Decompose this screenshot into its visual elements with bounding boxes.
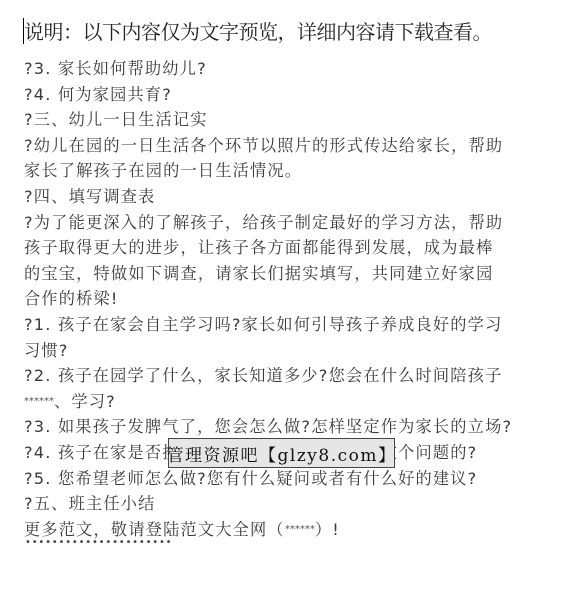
- question-4-home-school: ?4. 何为家园共育?: [24, 82, 564, 108]
- survey-question-2-cont: ******、学习?: [24, 389, 564, 415]
- more-samples-tail: ）!: [315, 520, 340, 539]
- survey-question-3: ?3. 如果孩子发脾气了，您会怎么做?怎样坚定作为家长的立场?: [24, 414, 564, 440]
- paragraph-line: ?幼儿在园的一日生活各个环节以照片的形式传达给家长，帮助: [24, 133, 564, 159]
- paragraph-line: ?为了能更深入的了解孩子，给孩子制定最好的学习方法，帮助: [24, 210, 564, 236]
- more-samples-text: 更多范文，敬请登陆范文大全网（: [24, 520, 285, 539]
- question-3-parent-help: ?3. 家长如何帮助幼儿?: [24, 56, 564, 82]
- section-5-heading: ?五、班主任小结: [24, 491, 564, 517]
- dotted-separator: ••••••••••••••••••••••: [25, 538, 172, 548]
- paragraph-line: 孩子取得更大的进步，让孩子各方面都能得到发展，成为最棒: [24, 235, 564, 261]
- preview-notice: 说明：以下内容仅为文字预览，详细内容请下载查看。: [24, 18, 492, 46]
- masked-text: ******: [24, 396, 54, 407]
- section-4-heading: ?四、填写调查表: [24, 184, 564, 210]
- section-3-heading: ?三、幼儿一日生活记实: [24, 107, 564, 133]
- document-body: ?3. 家长如何帮助幼儿? ?4. 何为家园共育? ?三、幼儿一日生活记实 ?幼…: [24, 56, 564, 542]
- paragraph-line: 的宝宝，特做如下调查，请家长们据实填写，共同建立好家园: [24, 261, 564, 287]
- paragraph-line: 合作的桥梁!: [24, 286, 564, 312]
- masked-url: ******: [285, 524, 315, 535]
- paragraph-line: 家长了解孩子在园的一日生活情况。: [24, 158, 564, 184]
- survey-question-2-tail: 、学习?: [54, 392, 116, 411]
- survey-question-5: ?5. 您希望老师怎么做?您有什么疑问或者有什么好的建议?: [24, 466, 564, 492]
- survey-question-1-cont: 习惯?: [24, 338, 564, 364]
- watermark-banner: 管理资源吧【glzy8.com】: [168, 438, 395, 468]
- survey-question-2: ?2. 孩子在园学了什么，家长知道多少?您会在什么时间陪孩子: [24, 363, 564, 389]
- survey-question-1: ?1. 孩子在家会自主学习吗?家长如何引导孩子养成良好的学习: [24, 312, 564, 338]
